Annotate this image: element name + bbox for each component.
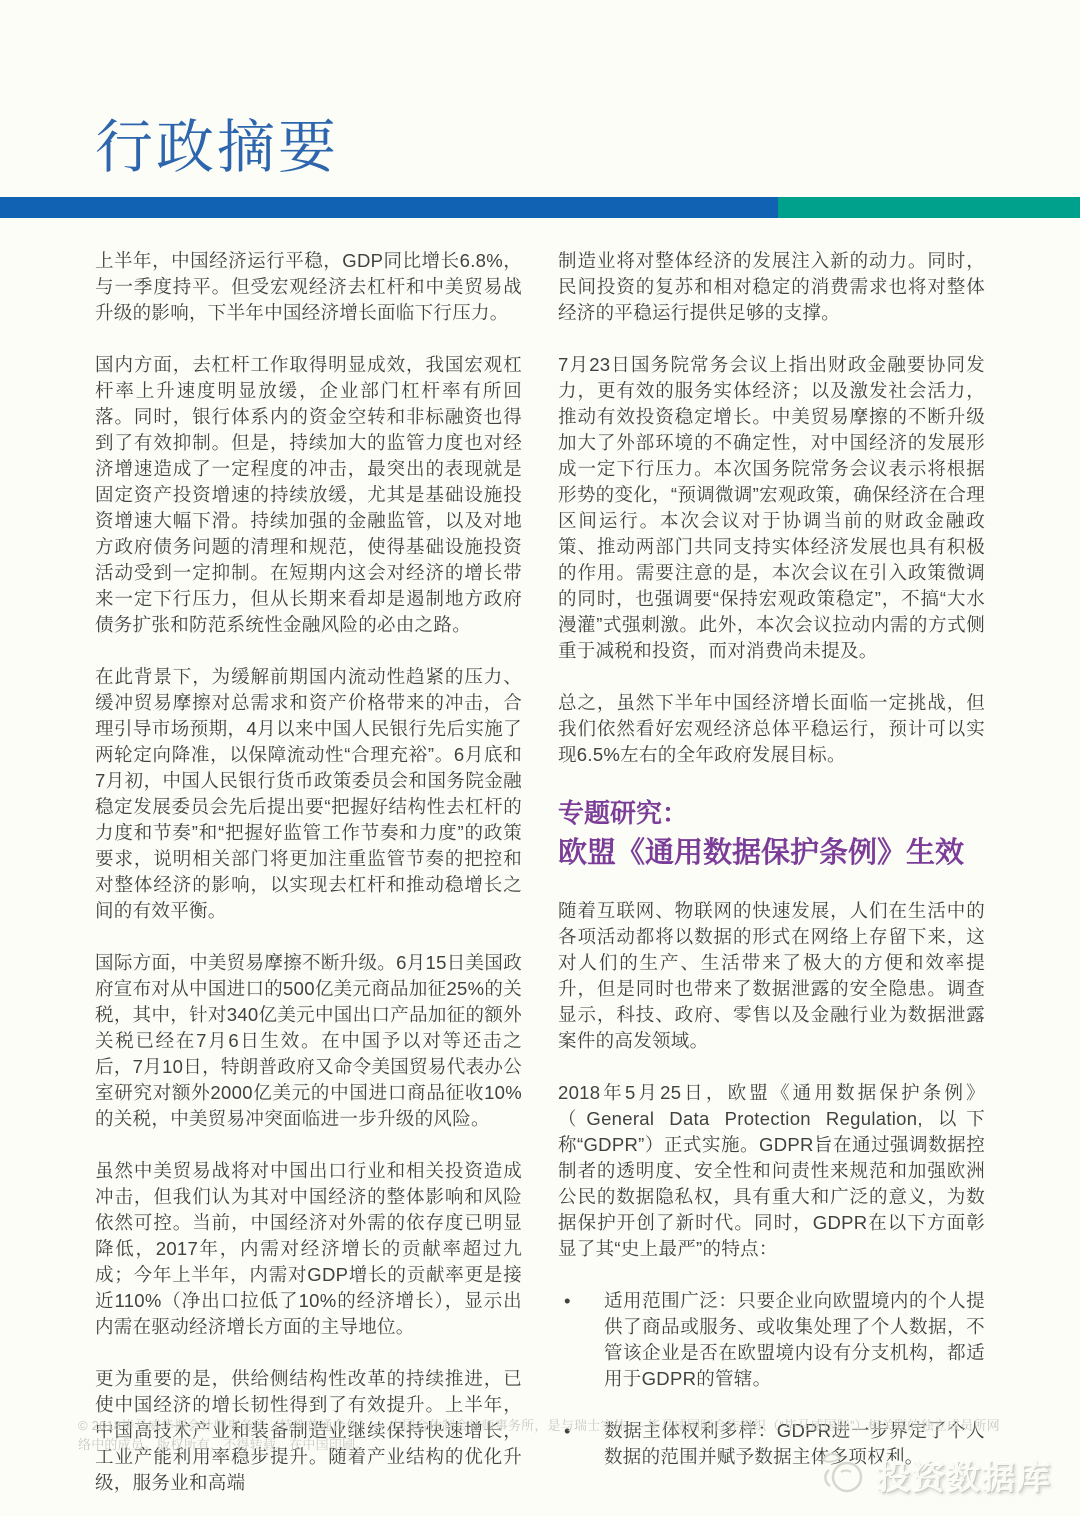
section-heading: 专题研究： 欧盟《通用数据保护条例》生效 bbox=[558, 794, 985, 874]
bullet-text: 适用范围广泛：只要企业向欧盟境内的个人提供了商品或服务、或收集处理了个人数据，不… bbox=[604, 1288, 985, 1392]
paragraph: 上半年，中国经济运行平稳，GDP同比增长6.8%，与一季度持平。但受宏观经济去杠… bbox=[95, 248, 522, 326]
paragraph: 随着互联网、物联网的快速发展，人们在生活中的各项活动都将以数据的形式在网络上存留… bbox=[558, 898, 985, 1054]
section-heading-title: 欧盟《通用数据保护条例》生效 bbox=[558, 832, 985, 874]
paragraph: 虽然中美贸易战将对中国出口行业和相关投资造成冲击，但我们认为其对中国经济的整体影… bbox=[95, 1158, 522, 1340]
paragraph: 2018年5月25日，欧盟《通用数据保护条例》（General Data Pro… bbox=[558, 1080, 985, 1262]
paragraph: 总之，虽然下半年中国经济增长面临一定挑战，但我们依然看好宏观经济总体平稳运行，预… bbox=[558, 690, 985, 768]
left-column: 上半年，中国经济运行平稳，GDP同比增长6.8%，与一季度持平。但受宏观经济去杠… bbox=[95, 248, 522, 1516]
paragraph: 在此背景下，为缓解前期国内流动性趋紧的压力、缓冲贸易摩擦对总需求和资产价格带来的… bbox=[95, 664, 522, 924]
bullet-item: • 适用范围广泛：只要企业向欧盟境内的个人提供了商品或服务、或收集处理了个人数据… bbox=[558, 1288, 985, 1392]
watermark: 投资数据库 bbox=[817, 1450, 1052, 1501]
accent-bar-blue bbox=[0, 197, 778, 218]
watermark-label: 投资数据库 bbox=[877, 1452, 1052, 1499]
paragraph: 制造业将对整体经济的发展注入新的动力。同时，民间投资的复苏和相对稳定的消费需求也… bbox=[558, 248, 985, 326]
paragraph: 国际方面，中美贸易摩擦不断升级。6月15日美国政府宣布对从中国进口的500亿美元… bbox=[95, 950, 522, 1132]
section-heading-kicker: 专题研究： bbox=[558, 794, 985, 832]
right-column: 制造业将对整体经济的发展注入新的动力。同时，民间投资的复苏和相对稳定的消费需求也… bbox=[558, 248, 985, 1516]
page-title: 行政摘要 bbox=[95, 100, 339, 184]
accent-bar bbox=[0, 197, 1080, 218]
paragraph: 7月23日国务院常务会议上指出财政金融要协同发力，更有效的服务实体经济；以及激发… bbox=[558, 352, 985, 664]
investment-database-logo-icon bbox=[817, 1450, 871, 1501]
paragraph: 国内方面，去杠杆工作取得明显成效，我国宏观杠杆率上升速度明显放缓，企业部门杠杆率… bbox=[95, 352, 522, 638]
body-columns: 上半年，中国经济运行平稳，GDP同比增长6.8%，与一季度持平。但受宏观经济去杠… bbox=[95, 248, 985, 1516]
bullet-marker: • bbox=[558, 1288, 604, 1392]
accent-bar-teal bbox=[778, 197, 1080, 218]
report-page: 行政摘要 上半年，中国经济运行平稳，GDP同比增长6.8%，与一季度持平。但受宏… bbox=[0, 0, 1080, 1516]
footer-disclaimer: © 2018毕马威华振会计师事务所（特殊普通合伙）— 中国合伙制会计师事务所，是… bbox=[78, 1416, 1008, 1454]
